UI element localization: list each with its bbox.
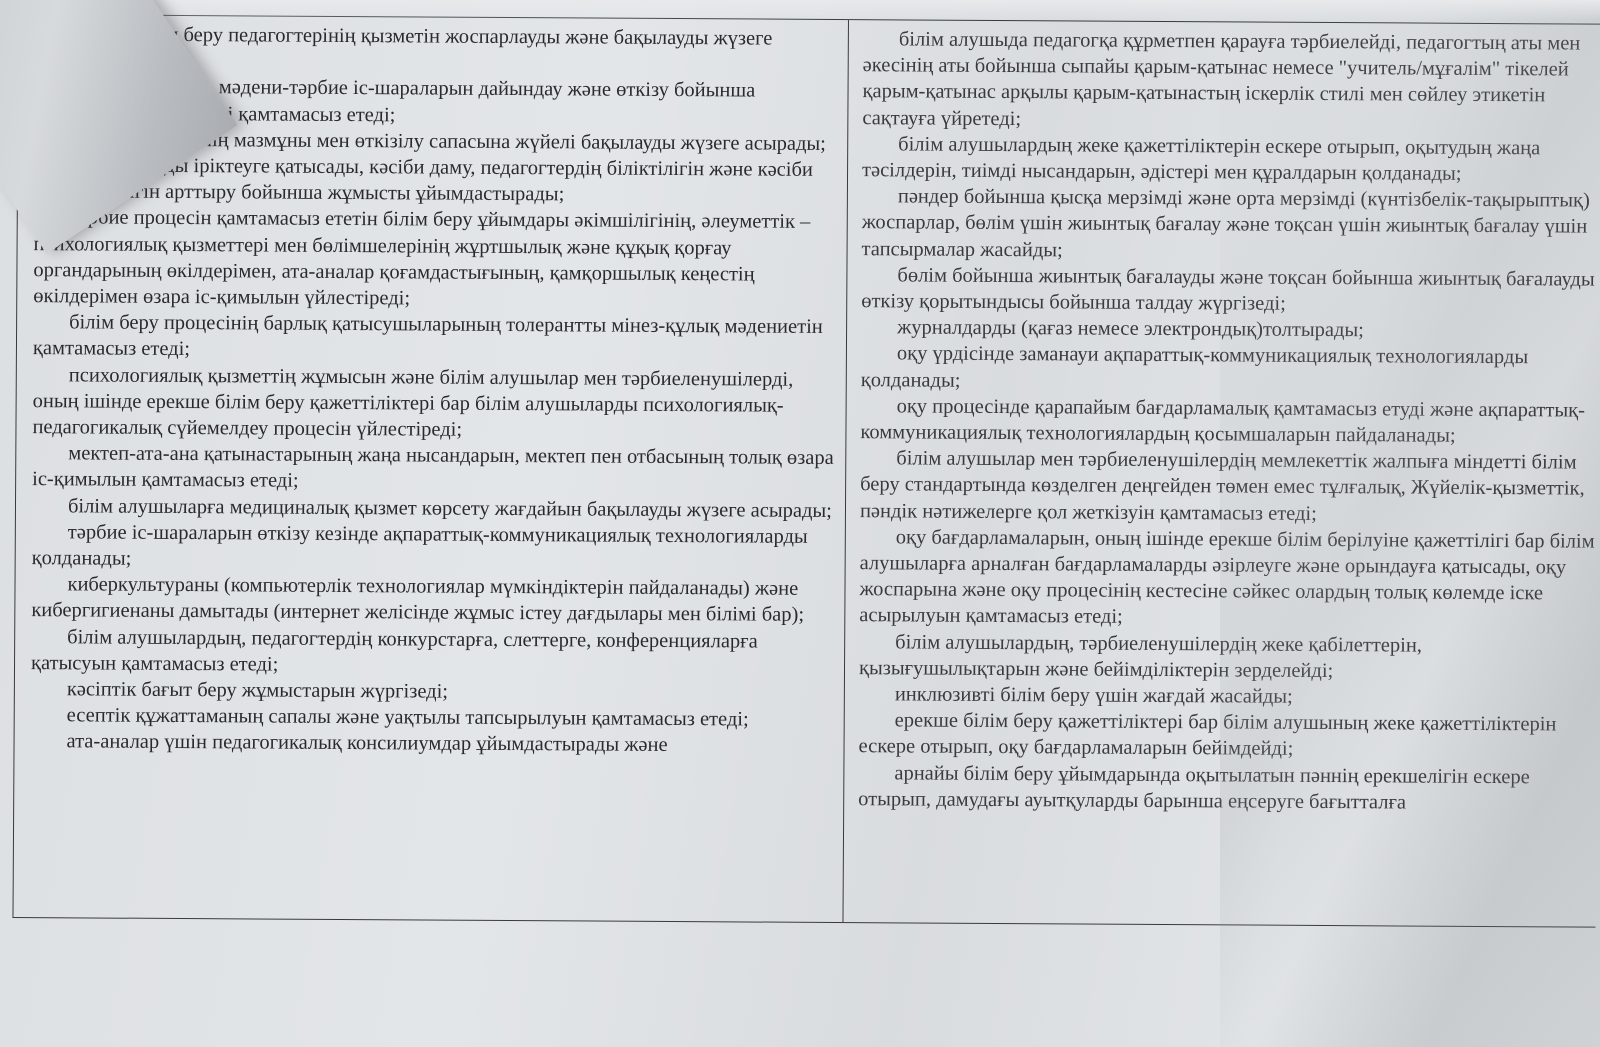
duty-paragraph: оқу бағдарламаларын, оның ішінде ерекше … <box>859 524 1598 633</box>
duty-paragraph: арнайы білім беру ұйымдарында оқытылатын… <box>858 760 1596 817</box>
duty-paragraph: оқу үрдісінде заманауи ақпараттық-коммун… <box>861 341 1599 398</box>
duty-paragraph: киберкультураны (компьютерлік технология… <box>31 571 838 628</box>
duty-paragraph: білім алушылар мен тәрбиеленушілердің ме… <box>860 445 1598 528</box>
duty-paragraph: бөлім бойынша жиынтық бағалауды және тоқ… <box>861 262 1599 319</box>
duty-paragraph: мектеп-ата-ана қатынастарының жаңа нысан… <box>32 440 839 497</box>
duty-paragraph: білім алушылардың, тәрбиеленушілердің же… <box>859 629 1597 686</box>
duty-paragraph: ерекше білім беру қажеттіліктері бар біл… <box>858 707 1596 764</box>
duty-paragraph: оқу процесінде қарапайым бағдарламалық қ… <box>860 393 1598 450</box>
duty-paragraph: пәндер бойынша қысқа мерзімді және орта … <box>862 183 1600 266</box>
right-column-cell: білім алушыда педагогқа құрметпен қарауғ… <box>843 20 1600 927</box>
duty-paragraph: білім алушыда педагогқа құрметпен қарауғ… <box>862 26 1600 135</box>
duty-paragraph: білім алушылардың жеке қажеттіліктерін е… <box>862 131 1600 188</box>
duty-paragraph: тәрбие процесін қамтамасыз ететін білім … <box>33 205 841 315</box>
duty-paragraph: психологиялық қызметтің жұмысын және біл… <box>32 362 839 446</box>
duty-paragraph: тәрбие іс-шараларын өткізу кезінде ақпар… <box>32 519 839 576</box>
photographed-document-page: …ұйымша білім беру педагогтерінің қызмет… <box>0 0 1600 1047</box>
page-top-edge <box>0 0 1600 20</box>
duty-paragraph: білім беру процесінің барлық қатысушылар… <box>33 309 840 366</box>
duties-table: …ұйымша білім беру педагогтерінің қызмет… <box>12 14 1600 928</box>
duty-paragraph: білім алушылардың, педагогтердің конкурс… <box>31 624 838 681</box>
duty-paragraph: ата-аналар үшін педагогикалық консилиумд… <box>30 729 837 760</box>
